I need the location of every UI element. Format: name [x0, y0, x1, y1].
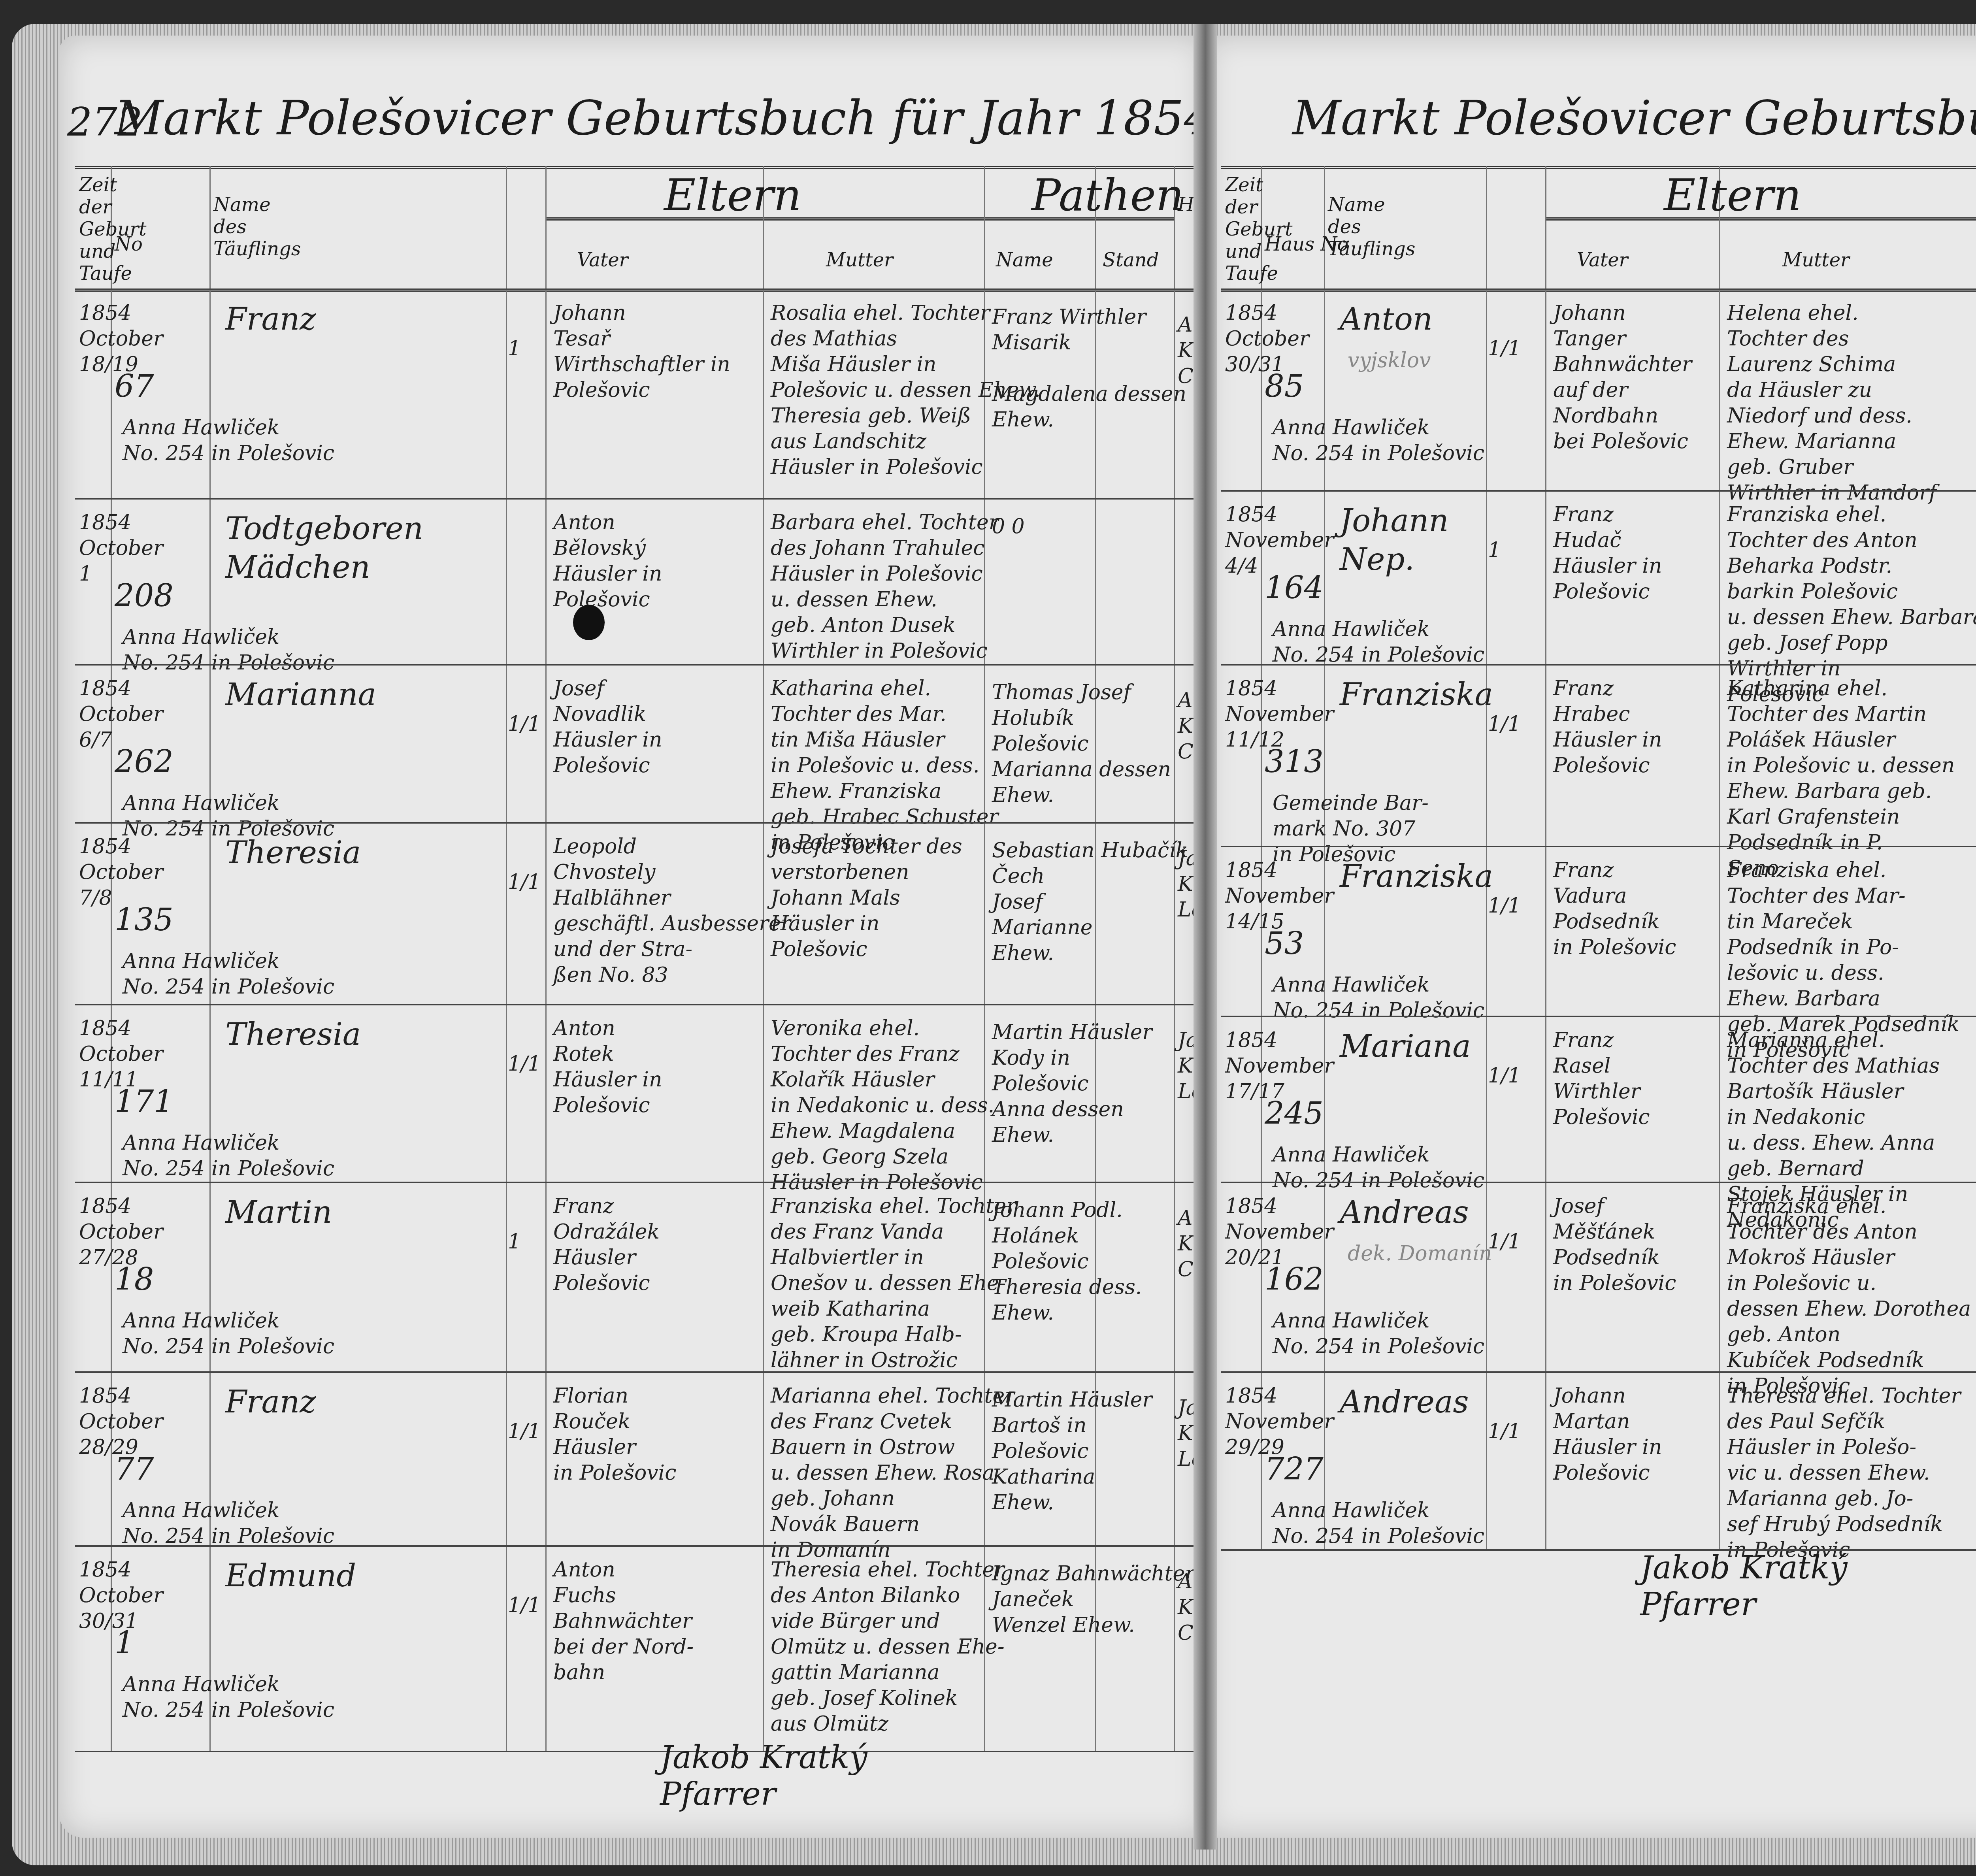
entry-baptizer: Anna Hawliček No. 254 in Polešovic — [1273, 1308, 1484, 1359]
entry-divider — [1221, 664, 1976, 666]
entry-baptizer: Anna Hawliček No. 254 in Polešovic — [1273, 1142, 1484, 1193]
entry-date: 1854 November 11/12 — [1225, 676, 1334, 753]
entry-divider — [1221, 1549, 1976, 1551]
entry-mother: Franziska ehel. Tochter des Anton Mokroš… — [1727, 1193, 1971, 1399]
header-date: Zeit der Geburt und Taufe — [79, 174, 107, 285]
entry-mother: Katharina ehel. Tochter des Mar. tin Miš… — [771, 676, 998, 856]
entry-date: 1854 October 28/29 — [79, 1383, 163, 1460]
entry-godparents: Johann Podl. Holánek Polešovic Theresia … — [992, 1197, 1142, 1326]
entry-divider — [75, 1751, 1197, 1752]
entry-date: 1854 November 14/15 — [1225, 858, 1334, 935]
entry-sex: 1/1 — [1488, 1063, 1521, 1089]
header-father: Vater — [1577, 249, 1628, 271]
header-godparents: Pathen — [1031, 170, 1184, 221]
book-spread: Markt Polešovicer Geburtsbuch für Jahr 1… — [0, 0, 1976, 1876]
entry-father: Johann Martan Häusler in Polešovic — [1553, 1383, 1662, 1486]
entry-godparents: 0 0 — [992, 514, 1025, 539]
entry-sex: 1/1 — [1488, 1419, 1521, 1444]
column-divider — [1095, 217, 1096, 1751]
entry-sex: 1/1 — [1488, 711, 1521, 737]
entry-godparents: Ignaz Bahnwächter Janeček Wenzel Ehew. — [992, 1561, 1195, 1638]
page-title: Markt Polešovicer Geburtsbuch für Jahr 1… — [1292, 91, 1976, 146]
entry-house-no: 67 — [115, 368, 154, 406]
entry-father: Johann Tanger Bahnwächter auf der Nordba… — [1553, 300, 1692, 454]
entry-godparents: Franz Wirthler Misarik Magdalena dessen … — [992, 304, 1186, 433]
entry-house-no: 53 — [1265, 925, 1304, 963]
entry-house-no: 245 — [1265, 1095, 1324, 1133]
entry-sex: 1/1 — [508, 1419, 541, 1444]
entry-date: 1854 October 27/28 — [79, 1193, 163, 1271]
entry-father: Franz Hudač Häusler in Polešovic — [1553, 502, 1662, 605]
entry-godparents: Martin Häusler Kody in Polešovic Anna de… — [992, 1020, 1152, 1148]
entry-baptizer: Anna Hawliček No. 254 in Polešovic — [1273, 1498, 1484, 1549]
entry-house-no: 1 — [115, 1624, 134, 1663]
header-date: Zeit der Geburt und Taufe — [1225, 174, 1257, 285]
entry-mother: Katharina ehel. Tochter des Martin Poláš… — [1727, 676, 1955, 881]
entry-sex: 1/1 — [1488, 336, 1521, 362]
entry-mother: Helena ehel. Tochter des Laurenz Schima … — [1727, 300, 1936, 506]
entry-mother: Barbara ehel. Tochter des Johann Trahule… — [771, 510, 999, 664]
entry-baptizer: Anna Hawliček No. 254 in Polešovic — [123, 1130, 334, 1182]
entry-divider — [1221, 1182, 1976, 1183]
entry-sex: 1/1 — [508, 1051, 541, 1077]
left-page: Markt Polešovicer Geburtsbuch für Jahr 1… — [59, 36, 1205, 1838]
entry-date: 1854 October 11/11 — [79, 1016, 163, 1093]
entry-divider — [75, 288, 1197, 290]
entry-child-name: Anton — [1340, 300, 1433, 339]
entry-baptizer: Anna Hawliček No. 254 in Polešovic — [1273, 415, 1484, 466]
entry-godparents: Thomas Josef Holubík Polešovic Marianna … — [992, 680, 1171, 808]
entry-mother: Theresia ehel. Tochter des Paul Sefčík H… — [1727, 1383, 1961, 1563]
entry-house-no: 727 — [1265, 1450, 1324, 1489]
entry-child-name: Andreas — [1340, 1193, 1469, 1232]
entry-child-name: Marianna — [225, 676, 376, 715]
entry-house-no: 208 — [115, 577, 173, 616]
entry-baptizer: Anna Hawliček No. 254 in Polešovic — [123, 624, 334, 676]
entry-father: Leopold Chvostely Halblähner geschäftl. … — [553, 834, 791, 988]
entry-child-name: Theresia — [225, 834, 361, 873]
header-mother: Mutter — [1782, 249, 1850, 271]
entry-mother: Franziska ehel. Tochter des Franz Vanda … — [771, 1193, 1016, 1373]
entry-father: Franz Rasel Wirthler Polešovic — [1553, 1028, 1650, 1130]
entry-date: 1854 November 20/21 — [1225, 1193, 1334, 1271]
header-rule-top — [75, 166, 1197, 169]
entry-divider — [1221, 1016, 1976, 1017]
entry-sex: 1 — [1488, 537, 1501, 563]
entry-child-name: Franz — [225, 1383, 316, 1422]
header-name: Name des Täuflings — [213, 194, 292, 260]
entry-house-no: 313 — [1265, 743, 1324, 782]
entry-date: 1854 November 17/17 — [1225, 1028, 1334, 1105]
signature: Jakob Kratký Pfarrer — [660, 1739, 867, 1812]
entry-mother: Marianna ehel. Tochter des Franz Cvetek … — [771, 1383, 1014, 1563]
column-divider — [111, 166, 112, 1751]
entry-date: 1854 November 29/29 — [1225, 1383, 1334, 1460]
header-father: Vater — [577, 249, 628, 271]
entry-father: Franz Vadura Podsedník in Polešovic — [1553, 858, 1676, 960]
signature: Jakob Kratký Pfarrer — [1640, 1549, 1848, 1623]
entry-child-name: Johann Nep. — [1340, 502, 1448, 579]
entry-baptizer: Anna Hawliček No. 254 in Polešovic — [123, 948, 334, 1000]
entry-divider — [75, 1545, 1197, 1547]
entry-baptizer: Anna Hawliček No. 254 in Polešovic — [123, 1308, 334, 1359]
entry-date: 1854 October 30/31 — [79, 1557, 163, 1634]
page-title: Markt Polešovicer Geburtsbuch für Jahr 1… — [115, 91, 1214, 146]
entry-date: 1854 October 30/31 — [1225, 300, 1309, 377]
entry-father: Anton Fuchs Bahnwächter bei der Nord- ba… — [553, 1557, 694, 1686]
entry-divider — [1221, 1371, 1976, 1373]
column-divider — [506, 166, 507, 1751]
entry-divider — [75, 1182, 1197, 1183]
header-rule-top — [1221, 166, 1976, 169]
entry-child-name: Theresia — [225, 1016, 361, 1054]
ink-blot — [573, 605, 605, 640]
header-godparent-status: Stand — [1103, 249, 1159, 271]
entry-divider — [75, 822, 1197, 824]
entry-child-name: Andreas — [1340, 1383, 1469, 1422]
header-parents: Eltern — [1664, 170, 1801, 221]
entry-child-name: Edmund — [225, 1557, 356, 1596]
entry-father: Florian Rouček Häusler in Polešovic — [553, 1383, 676, 1486]
column-divider — [1545, 166, 1546, 1549]
right-page: Markt Polešovicer Geburtsbuch für Jahr 1… — [1205, 36, 1976, 1838]
entry-child-name: Todtgeboren Mädchen — [225, 510, 423, 587]
column-divider — [545, 166, 547, 1751]
entry-divider — [1221, 288, 1976, 290]
header-mother: Mutter — [826, 249, 893, 271]
entry-sex: 1/1 — [508, 1593, 541, 1618]
entry-father: Johann Tesař Wirthschaftler in Polešovic — [553, 300, 730, 403]
entry-child-name: Mariana — [1340, 1028, 1471, 1066]
entry-divider — [75, 498, 1197, 500]
entry-baptizer: Anna Hawliček No. 254 in Polešovic — [123, 415, 334, 466]
entry-child-name: Martin — [225, 1193, 332, 1232]
entry-baptizer: Anna Hawliček No. 254 in Polešovic — [123, 1672, 334, 1723]
entry-child-name: Franziska — [1340, 676, 1493, 715]
header-house-no: No — [115, 233, 143, 255]
entry-date: 1854 October 1 — [79, 510, 163, 587]
entry-father: Franz Odražálek Häusler Polešovic — [553, 1193, 660, 1296]
entry-father: Josef Měšťánek Podsedník in Polešovic — [1553, 1193, 1676, 1296]
entry-mother: Veronika ehel. Tochter des Franz Kolařík… — [771, 1016, 994, 1195]
entry-father: Anton Rotek Häusler in Polešovic — [553, 1016, 662, 1118]
entry-child-name: Franz — [225, 300, 316, 339]
entry-divider — [1221, 846, 1976, 847]
entry-note: dek. Domanín — [1348, 1241, 1492, 1267]
entry-father: Anton Bělovský Häusler in Polešovic — [553, 510, 662, 613]
entry-house-no: 85 — [1265, 368, 1304, 406]
entry-date: 1854 October 18/19 — [79, 300, 163, 377]
entry-godparents: Martin Häusler Bartoš in Polešovic Katha… — [992, 1387, 1152, 1516]
entry-note: vyjsklov — [1348, 348, 1431, 373]
entry-date: 1854 October 6/7 — [79, 676, 163, 753]
entry-house-no: 164 — [1265, 569, 1324, 608]
entry-father: Josef Novadlik Häusler in Polešovic — [553, 676, 662, 779]
entry-house-no: 77 — [115, 1450, 154, 1489]
entry-divider — [75, 664, 1197, 666]
entry-baptizer: Gemeinde Bar- mark No. 307 in Polešovic — [1273, 790, 1429, 867]
entry-sex: 1/1 — [1488, 893, 1521, 919]
entry-house-no: 162 — [1265, 1261, 1324, 1299]
entry-divider — [75, 1004, 1197, 1005]
entry-mother: Theresia ehel. Tochter des Anton Bilanko… — [771, 1557, 1004, 1737]
entry-divider — [1221, 490, 1976, 492]
entry-baptizer: Anna Hawliček No. 254 in Polešovic — [1273, 617, 1484, 668]
page-number: 272 — [67, 99, 143, 145]
entry-house-no: 135 — [115, 901, 173, 940]
entry-date: 1854 November 4/4 — [1225, 502, 1334, 579]
header-parents: Eltern — [664, 170, 801, 221]
entry-sex: 1 — [508, 1229, 521, 1255]
entry-godparents: Sebastian Hubačík Čech Josef Marianne Eh… — [992, 838, 1188, 966]
entry-sex: 1/1 — [508, 869, 541, 895]
entry-father: Franz Hrabec Häusler in Polešovic — [1553, 676, 1662, 779]
entry-house-no: 171 — [115, 1083, 173, 1122]
entry-mother: Josefa Tochter des verstorbenen Johann M… — [771, 834, 962, 962]
entry-sex: 1 — [508, 336, 521, 362]
entry-house-no: 262 — [115, 743, 173, 782]
entry-divider — [75, 1371, 1197, 1373]
entry-child-name: Franziska — [1340, 858, 1493, 896]
column-divider — [1719, 166, 1720, 1549]
entry-baptizer: Anna Hawliček No. 254 in Polešovic — [123, 1498, 334, 1549]
entry-date: 1854 October 7/8 — [79, 834, 163, 911]
entry-house-no: 18 — [115, 1261, 154, 1299]
header-name: Name des Täuflings — [1328, 194, 1407, 260]
entry-sex: 1/1 — [508, 711, 541, 737]
entry-sex: 1/1 — [1488, 1229, 1521, 1255]
header-godparent-name: Name — [996, 249, 1053, 271]
book-gutter — [1194, 24, 1217, 1850]
